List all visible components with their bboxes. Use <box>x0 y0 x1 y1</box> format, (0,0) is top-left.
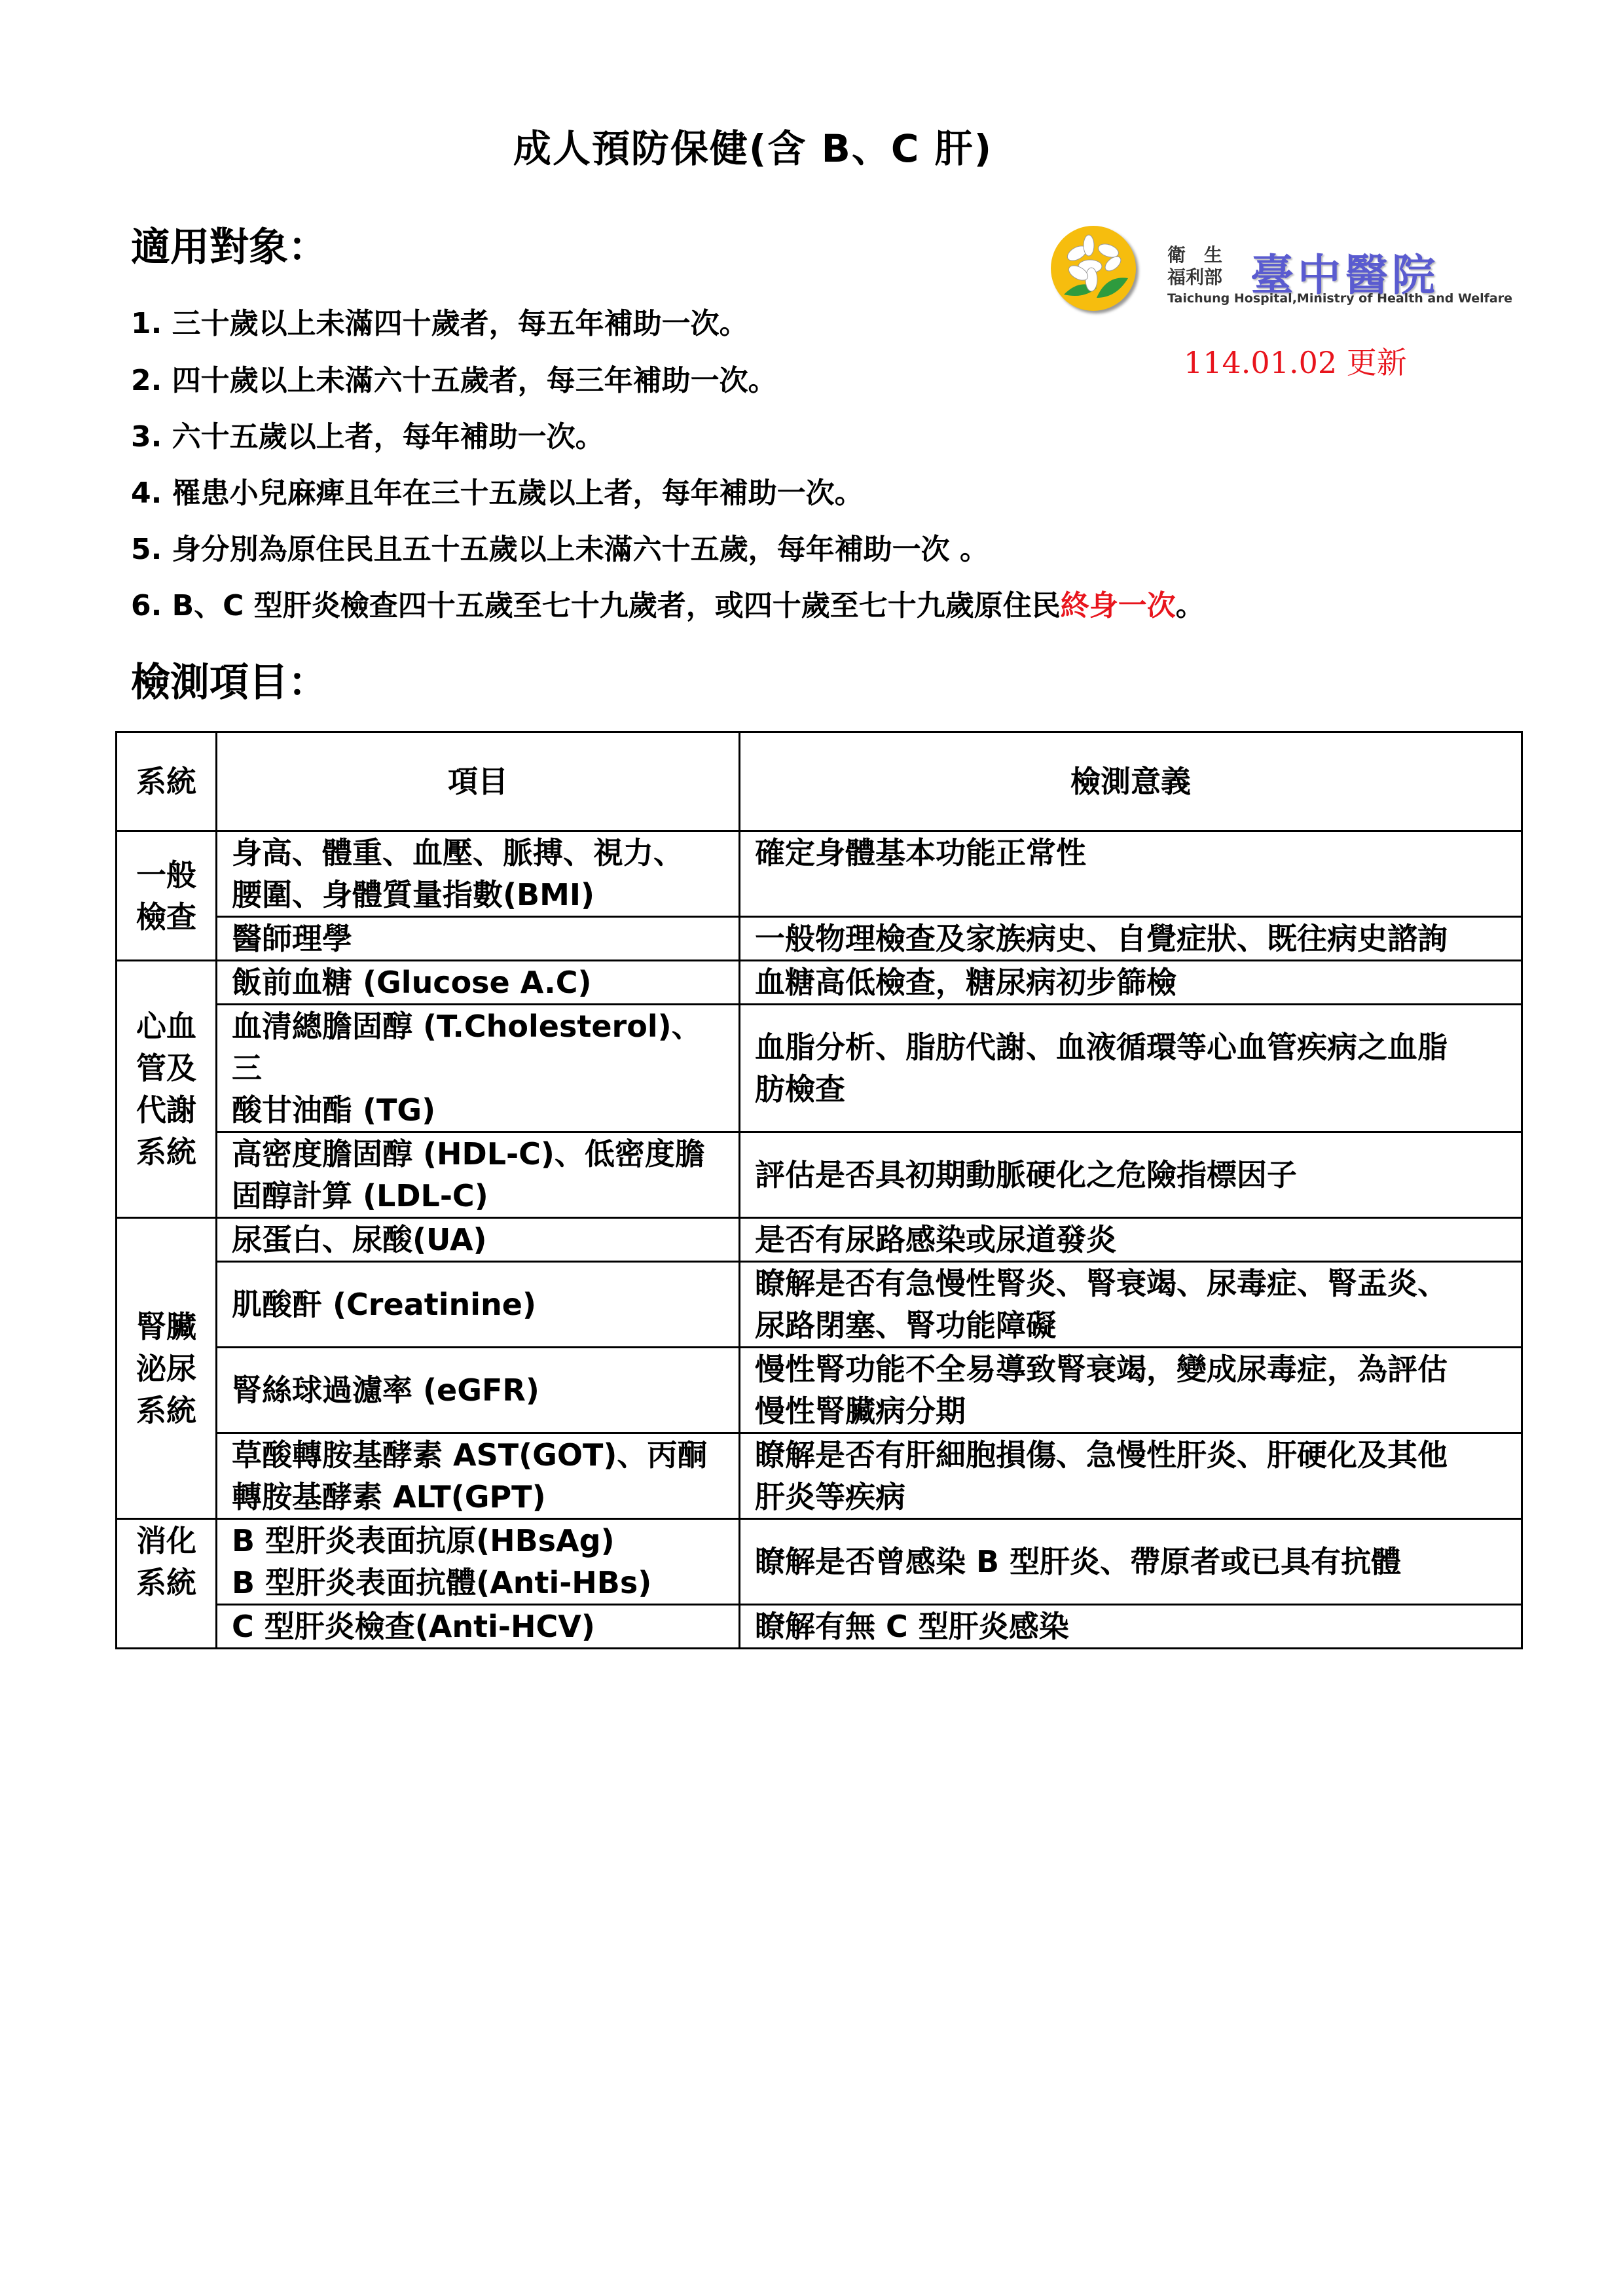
item-cell: C 型肝炎檢查(Anti-HCV) <box>217 1605 740 1649</box>
flower-emblem-icon <box>1051 226 1136 311</box>
column-header-item: 項目 <box>217 732 740 831</box>
meaning-cell: 瞭解是否有急慢性腎炎、腎衰竭、尿毒症、腎盂炎、尿路閉塞、腎功能障礙 <box>740 1262 1522 1348</box>
meaning-cell: 血脂分析、脂肪代謝、血液循環等心血管疾病之血脂肪檢查 <box>740 1005 1522 1132</box>
item-cell: 高密度膽固醇 (HDL-C)、低密度膽固醇計算 (LDL-C) <box>217 1132 740 1218</box>
system-cell: 心血管及代謝系統 <box>117 961 217 1218</box>
lifetime-once-highlight: 終身一次 <box>1061 589 1176 622</box>
hospital-english-name: Taichung Hospital,Ministry of Health and… <box>1167 291 1512 306</box>
table-row: 一般檢查 身高、體重、血壓、脈搏、視力、腰圍、身體質量指數(BMI) 確定身體基… <box>117 831 1522 917</box>
item-cell: 飯前血糖 (Glucose A.C) <box>217 961 740 1005</box>
item-cell: 血清總膽固醇 (T.Cholesterol)、三酸甘油酯 (TG) <box>217 1005 740 1132</box>
meaning-cell: 瞭解有無 C 型肝炎感染 <box>740 1605 1522 1649</box>
table-row: 高密度膽固醇 (HDL-C)、低密度膽固醇計算 (LDL-C) 評估是否具初期動… <box>117 1132 1522 1218</box>
eligibility-item: 2. 四十歲以上未滿六十五歲者，每三年補助一次。 <box>131 357 777 399</box>
system-cell: 一般檢查 <box>117 831 217 961</box>
eligibility-item-hepatitis: 6. B、C 型肝炎檢查四十五歲至七十九歲者，或四十歲至七十九歲原住民終身一次。 <box>131 582 1205 624</box>
eligibility-heading: 適用對象： <box>131 216 327 272</box>
system-cell: 腎臟泌尿系統 <box>117 1218 217 1519</box>
page-title: 成人預防保健(含 B、C 肝) <box>0 118 1506 173</box>
item-cell: 肌酸酐 (Creatinine) <box>217 1262 740 1348</box>
eligibility-item: 1. 三十歲以上未滿四十歲者，每五年補助一次。 <box>131 300 748 342</box>
meaning-cell: 血糖高低檢查，糖尿病初步篩檢 <box>740 961 1522 1005</box>
meaning-cell: 確定身體基本功能正常性 <box>740 831 1522 917</box>
item-cell: 尿蛋白、尿酸(UA) <box>217 1218 740 1262</box>
column-header-meaning: 檢測意義 <box>740 732 1522 831</box>
tests-heading: 檢測項目： <box>131 651 327 708</box>
item-cell: 草酸轉胺基酵素 AST(GOT)、丙酮轉胺基酵素 ALT(GPT) <box>217 1433 740 1519</box>
table-row: 腎臟泌尿系統 尿蛋白、尿酸(UA) 是否有尿路感染或尿道發炎 <box>117 1218 1522 1262</box>
update-date: 114.01.02 更新 <box>1184 339 1407 382</box>
table-row: C 型肝炎檢查(Anti-HCV) 瞭解有無 C 型肝炎感染 <box>117 1605 1522 1649</box>
eligibility-item: 4. 罹患小兒麻痺且年在三十五歲以上者，每年補助一次。 <box>131 469 864 511</box>
meaning-cell: 一般物理檢查及家族病史、自覺症狀、既往病史諮詢 <box>740 917 1522 961</box>
table-row: 血清總膽固醇 (T.Cholesterol)、三酸甘油酯 (TG) 血脂分析、脂… <box>117 1005 1522 1132</box>
item-cell: 身高、體重、血壓、脈搏、視力、腰圍、身體質量指數(BMI) <box>217 831 740 917</box>
table-row: 腎絲球過濾率 (eGFR) 慢性腎功能不全易導致腎衰竭，變成尿毒症，為評估慢性腎… <box>117 1348 1522 1433</box>
eligibility-item: 5. 身分別為原住民且五十五歲以上未滿六十五歲，每年補助一次 。 <box>131 526 989 567</box>
table-row: 醫師理學 一般物理檢查及家族病史、自覺症狀、既往病史諮詢 <box>117 917 1522 961</box>
ministry-label: 衛 生 福利部 <box>1167 244 1222 289</box>
eligibility-item: 3. 六十五歲以上者，每年補助一次。 <box>131 413 604 455</box>
item-cell: 腎絲球過濾率 (eGFR) <box>217 1348 740 1433</box>
meaning-cell: 瞭解是否有肝細胞損傷、急慢性肝炎、肝硬化及其他肝炎等疾病 <box>740 1433 1522 1519</box>
table-row: 心血管及代謝系統 飯前血糖 (Glucose A.C) 血糖高低檢查，糖尿病初步… <box>117 961 1522 1005</box>
meaning-cell: 評估是否具初期動脈硬化之危險指標因子 <box>740 1132 1522 1218</box>
tests-table: 系統 項目 檢測意義 一般檢查 身高、體重、血壓、脈搏、視力、腰圍、身體質量指數… <box>115 731 1523 1649</box>
item-cell: B 型肝炎表面抗原(HBsAg)B 型肝炎表面抗體(Anti-HBs) <box>217 1519 740 1605</box>
hospital-logo: 衛 生 福利部 臺中醫院 Taichung Hospital,Ministry … <box>1051 226 1476 311</box>
table-row: 草酸轉胺基酵素 AST(GOT)、丙酮轉胺基酵素 ALT(GPT) 瞭解是否有肝… <box>117 1433 1522 1519</box>
system-cell: 消化系統 <box>117 1519 217 1649</box>
meaning-cell: 是否有尿路感染或尿道發炎 <box>740 1218 1522 1262</box>
meaning-cell: 瞭解是否曾感染 B 型肝炎、帶原者或已具有抗體 <box>740 1519 1522 1605</box>
item-cell: 醫師理學 <box>217 917 740 961</box>
column-header-system: 系統 <box>117 732 217 831</box>
meaning-cell: 慢性腎功能不全易導致腎衰竭，變成尿毒症，為評估慢性腎臟病分期 <box>740 1348 1522 1433</box>
table-header-row: 系統 項目 檢測意義 <box>117 732 1522 831</box>
table-row: 肌酸酐 (Creatinine) 瞭解是否有急慢性腎炎、腎衰竭、尿毒症、腎盂炎、… <box>117 1262 1522 1348</box>
table-row: 消化系統 B 型肝炎表面抗原(HBsAg)B 型肝炎表面抗體(Anti-HBs)… <box>117 1519 1522 1605</box>
